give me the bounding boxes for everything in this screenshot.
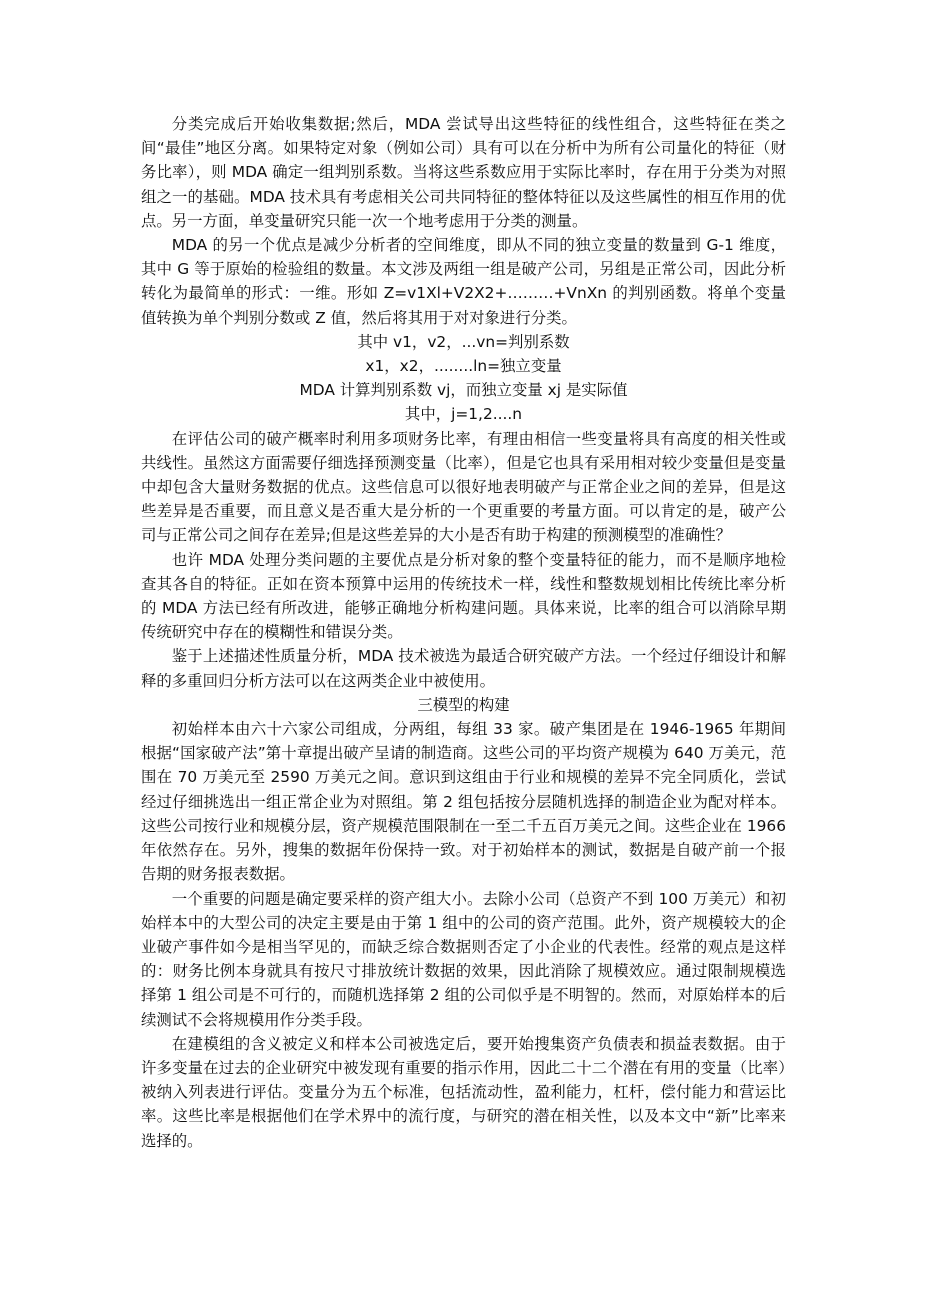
formula-note-index: 其中，j=1,2....n: [141, 402, 786, 426]
document-page: 分类完成后开始收集数据;然后，MDA 尝试导出这些特征的线性组合，这些特征在类之…: [141, 112, 786, 1153]
paragraph-asset-size: 一个重要的问题是确定要采样的资产组大小。去除小公司（总资产不到 100 万美元）…: [141, 887, 786, 1032]
formula-note-mda: MDA 计算判别系数 vj，而独立变量 xj 是实际值: [141, 378, 786, 402]
formula-note-variables: x1，x2，........ln=独立变量: [141, 354, 786, 378]
paragraph-data-collection: 在建模组的含义被定义和样本公司被选定后，要开始搜集资产负债表和损益表数据。由于许…: [141, 1032, 786, 1153]
section-heading-model-construction: 三模型的构建: [141, 693, 786, 717]
formula-note-coefficients: 其中 v1，v2，...vn=判别系数: [141, 330, 786, 354]
paragraph-mda-dimension: MDA 的另一个优点是减少分析者的空间维度，即从不同的独立变量的数量到 G-1 …: [141, 233, 786, 330]
paragraph-mda-advantage: 也许 MDA 处理分类问题的主要优点是分析对象的整个变量特征的能力，而不是顺序地…: [141, 548, 786, 645]
paragraph-mda-classification: 分类完成后开始收集数据;然后，MDA 尝试导出这些特征的线性组合，这些特征在类之…: [141, 112, 786, 233]
paragraph-collinearity: 在评估公司的破产概率时利用多项财务比率，有理由相信一些变量将具有高度的相关性或共…: [141, 427, 786, 548]
paragraph-mda-selection: 鉴于上述描述性质量分析，MDA 技术被选为最适合研究破产方法。一个经过仔细设计和…: [141, 644, 786, 692]
paragraph-initial-sample: 初始样本由六十六家公司组成，分两组，每组 33 家。破产集团是在 1946-19…: [141, 717, 786, 886]
